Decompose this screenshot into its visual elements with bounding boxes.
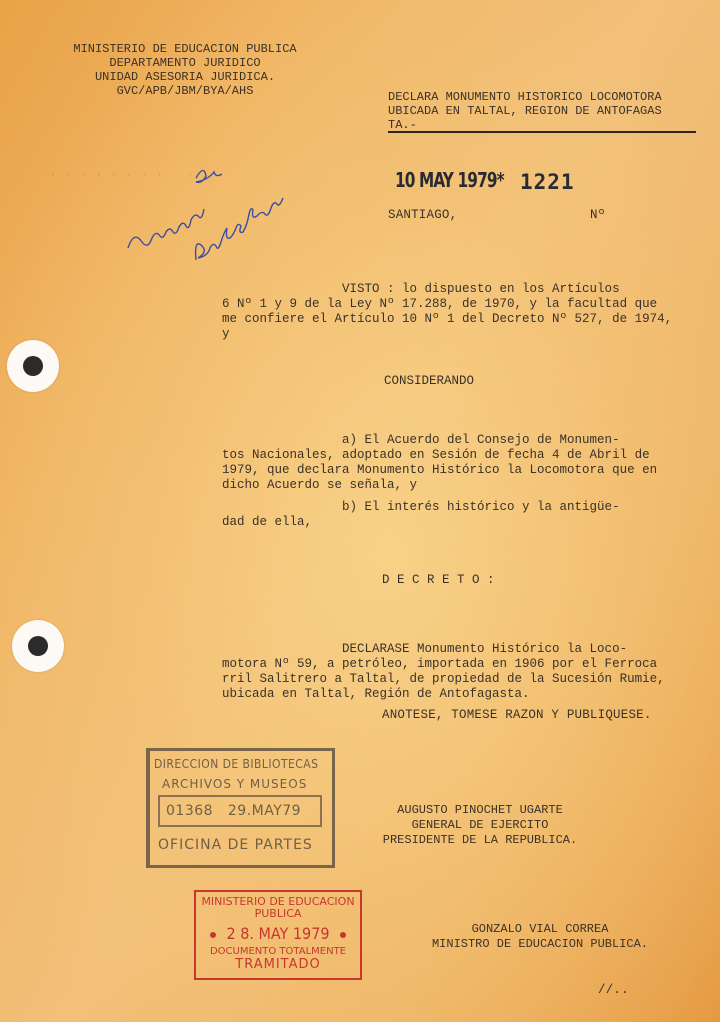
stamp-line: TRAMITADO [196, 958, 360, 972]
text-line: 6 Nº 1 y 9 de la Ley Nº 17.288, de 1970,… [222, 297, 702, 312]
subject-line: TA.- [388, 118, 696, 132]
text-line: ubicada en Taltal, Región de Antofagasta… [222, 687, 702, 702]
closing-formula: ANOTESE, TOMESE RAZON Y PUBLIQUESE. [382, 708, 652, 723]
document-page: MINISTERIO DE EDUCACION PUBLICA DEPARTAM… [0, 0, 720, 1022]
stamp-line: OFICINA DE PARTES [158, 837, 313, 853]
text-line: motora Nº 59, a petróleo, importada en 1… [222, 657, 702, 672]
text-line: MINISTRO DE EDUCACION PUBLICA. [412, 937, 668, 952]
punch-hole-top [7, 340, 59, 392]
text-line: GONZALO VIAL CORREA [412, 922, 668, 937]
stamp-date: 2 8. MAY 1979 [226, 924, 329, 943]
number-label: Nº [590, 208, 605, 223]
stamp-line: 01368 29.MAY79 [166, 803, 301, 819]
subject-underline [388, 131, 696, 133]
decreto-heading: D E C R E T O : [382, 573, 495, 587]
stamp-line: DIRECCION DE BIBLIOTECAS [154, 757, 318, 771]
subject-line: UBICADA EN TALTAL, REGION DE ANTOFAGAS [388, 104, 696, 118]
decreto-paragraph: DECLARASE Monumento Histórico la Loco- m… [222, 642, 702, 702]
text-line: b) El interés histórico y la antigüe- [222, 500, 702, 515]
text-line: VISTO : lo dispuesto en los Artículos [222, 282, 702, 297]
handwritten-note: Dirección de Bibliotecas [118, 150, 318, 270]
punch-hole-bottom [12, 620, 64, 672]
considerando-b: b) El interés histórico y la antigüe- da… [222, 500, 702, 530]
header-line: GVC/APB/JBM/BYA/AHS [40, 84, 330, 98]
text-line: dicho Acuerdo se señala, y [222, 478, 702, 493]
stamp-line: PUBLICA [196, 908, 360, 920]
considerando-a: a) El Acuerdo del Consejo de Monumen- to… [222, 433, 702, 493]
subject-block: DECLARA MONUMENTO HISTORICO LOCOMOTORA U… [388, 90, 696, 132]
text-line: dad de ella, [222, 515, 702, 530]
text-line: GENERAL DE EJERCITO [360, 818, 600, 833]
continuation-mark: //.. [598, 983, 629, 998]
text-line: tos Nacionales, adoptado en Sesión de fe… [222, 448, 702, 463]
receipt-date-stamp: 10 MAY 1979* [395, 168, 504, 192]
dot-icon [210, 932, 216, 938]
city-label: SANTIAGO, [388, 208, 457, 223]
subject-line: DECLARA MONUMENTO HISTORICO LOCOMOTORA [388, 90, 696, 104]
minister-signature-block: GONZALO VIAL CORREA MINISTRO DE EDUCACIO… [412, 922, 668, 952]
text-line: a) El Acuerdo del Consejo de Monumen- [222, 433, 702, 448]
text-line: DECLARASE Monumento Histórico la Loco- [222, 642, 702, 657]
ministry-header: MINISTERIO DE EDUCACION PUBLICA DEPARTAM… [40, 42, 330, 98]
considerando-heading: CONSIDERANDO [384, 374, 474, 388]
text-line: me confiere el Artículo 10 Nº 1 del Decr… [222, 312, 702, 327]
archive-stamp: DIRECCION DE BIBLIOTECAS ARCHIVOS Y MUSE… [146, 748, 335, 868]
text-line: rril Salitrero a Taltal, de propiedad de… [222, 672, 702, 687]
ministry-processed-stamp: MINISTERIO DE EDUCACION PUBLICA 2 8. MAY… [194, 890, 362, 980]
text-line: 1979, que declara Monumento Histórico la… [222, 463, 702, 478]
visto-paragraph: VISTO : lo dispuesto en los Artículos 6 … [222, 282, 702, 342]
header-line: UNIDAD ASESORIA JURIDICA. [40, 70, 330, 84]
text-line: y [222, 327, 702, 342]
decree-number-stamp: 1221 [520, 170, 575, 194]
stamp-date-row: 2 8. MAY 1979 [196, 924, 360, 944]
text-line: PRESIDENTE DE LA REPUBLICA. [360, 833, 600, 848]
header-line: MINISTERIO DE EDUCACION PUBLICA [40, 42, 330, 56]
header-line: DEPARTAMENTO JURIDICO [40, 56, 330, 70]
president-signature-block: AUGUSTO PINOCHET UGARTE GENERAL DE EJERC… [360, 803, 600, 848]
stamp-line: ARCHIVOS Y MUSEOS [162, 777, 307, 791]
text-line: AUGUSTO PINOCHET UGARTE [360, 803, 600, 818]
dot-icon [340, 932, 346, 938]
